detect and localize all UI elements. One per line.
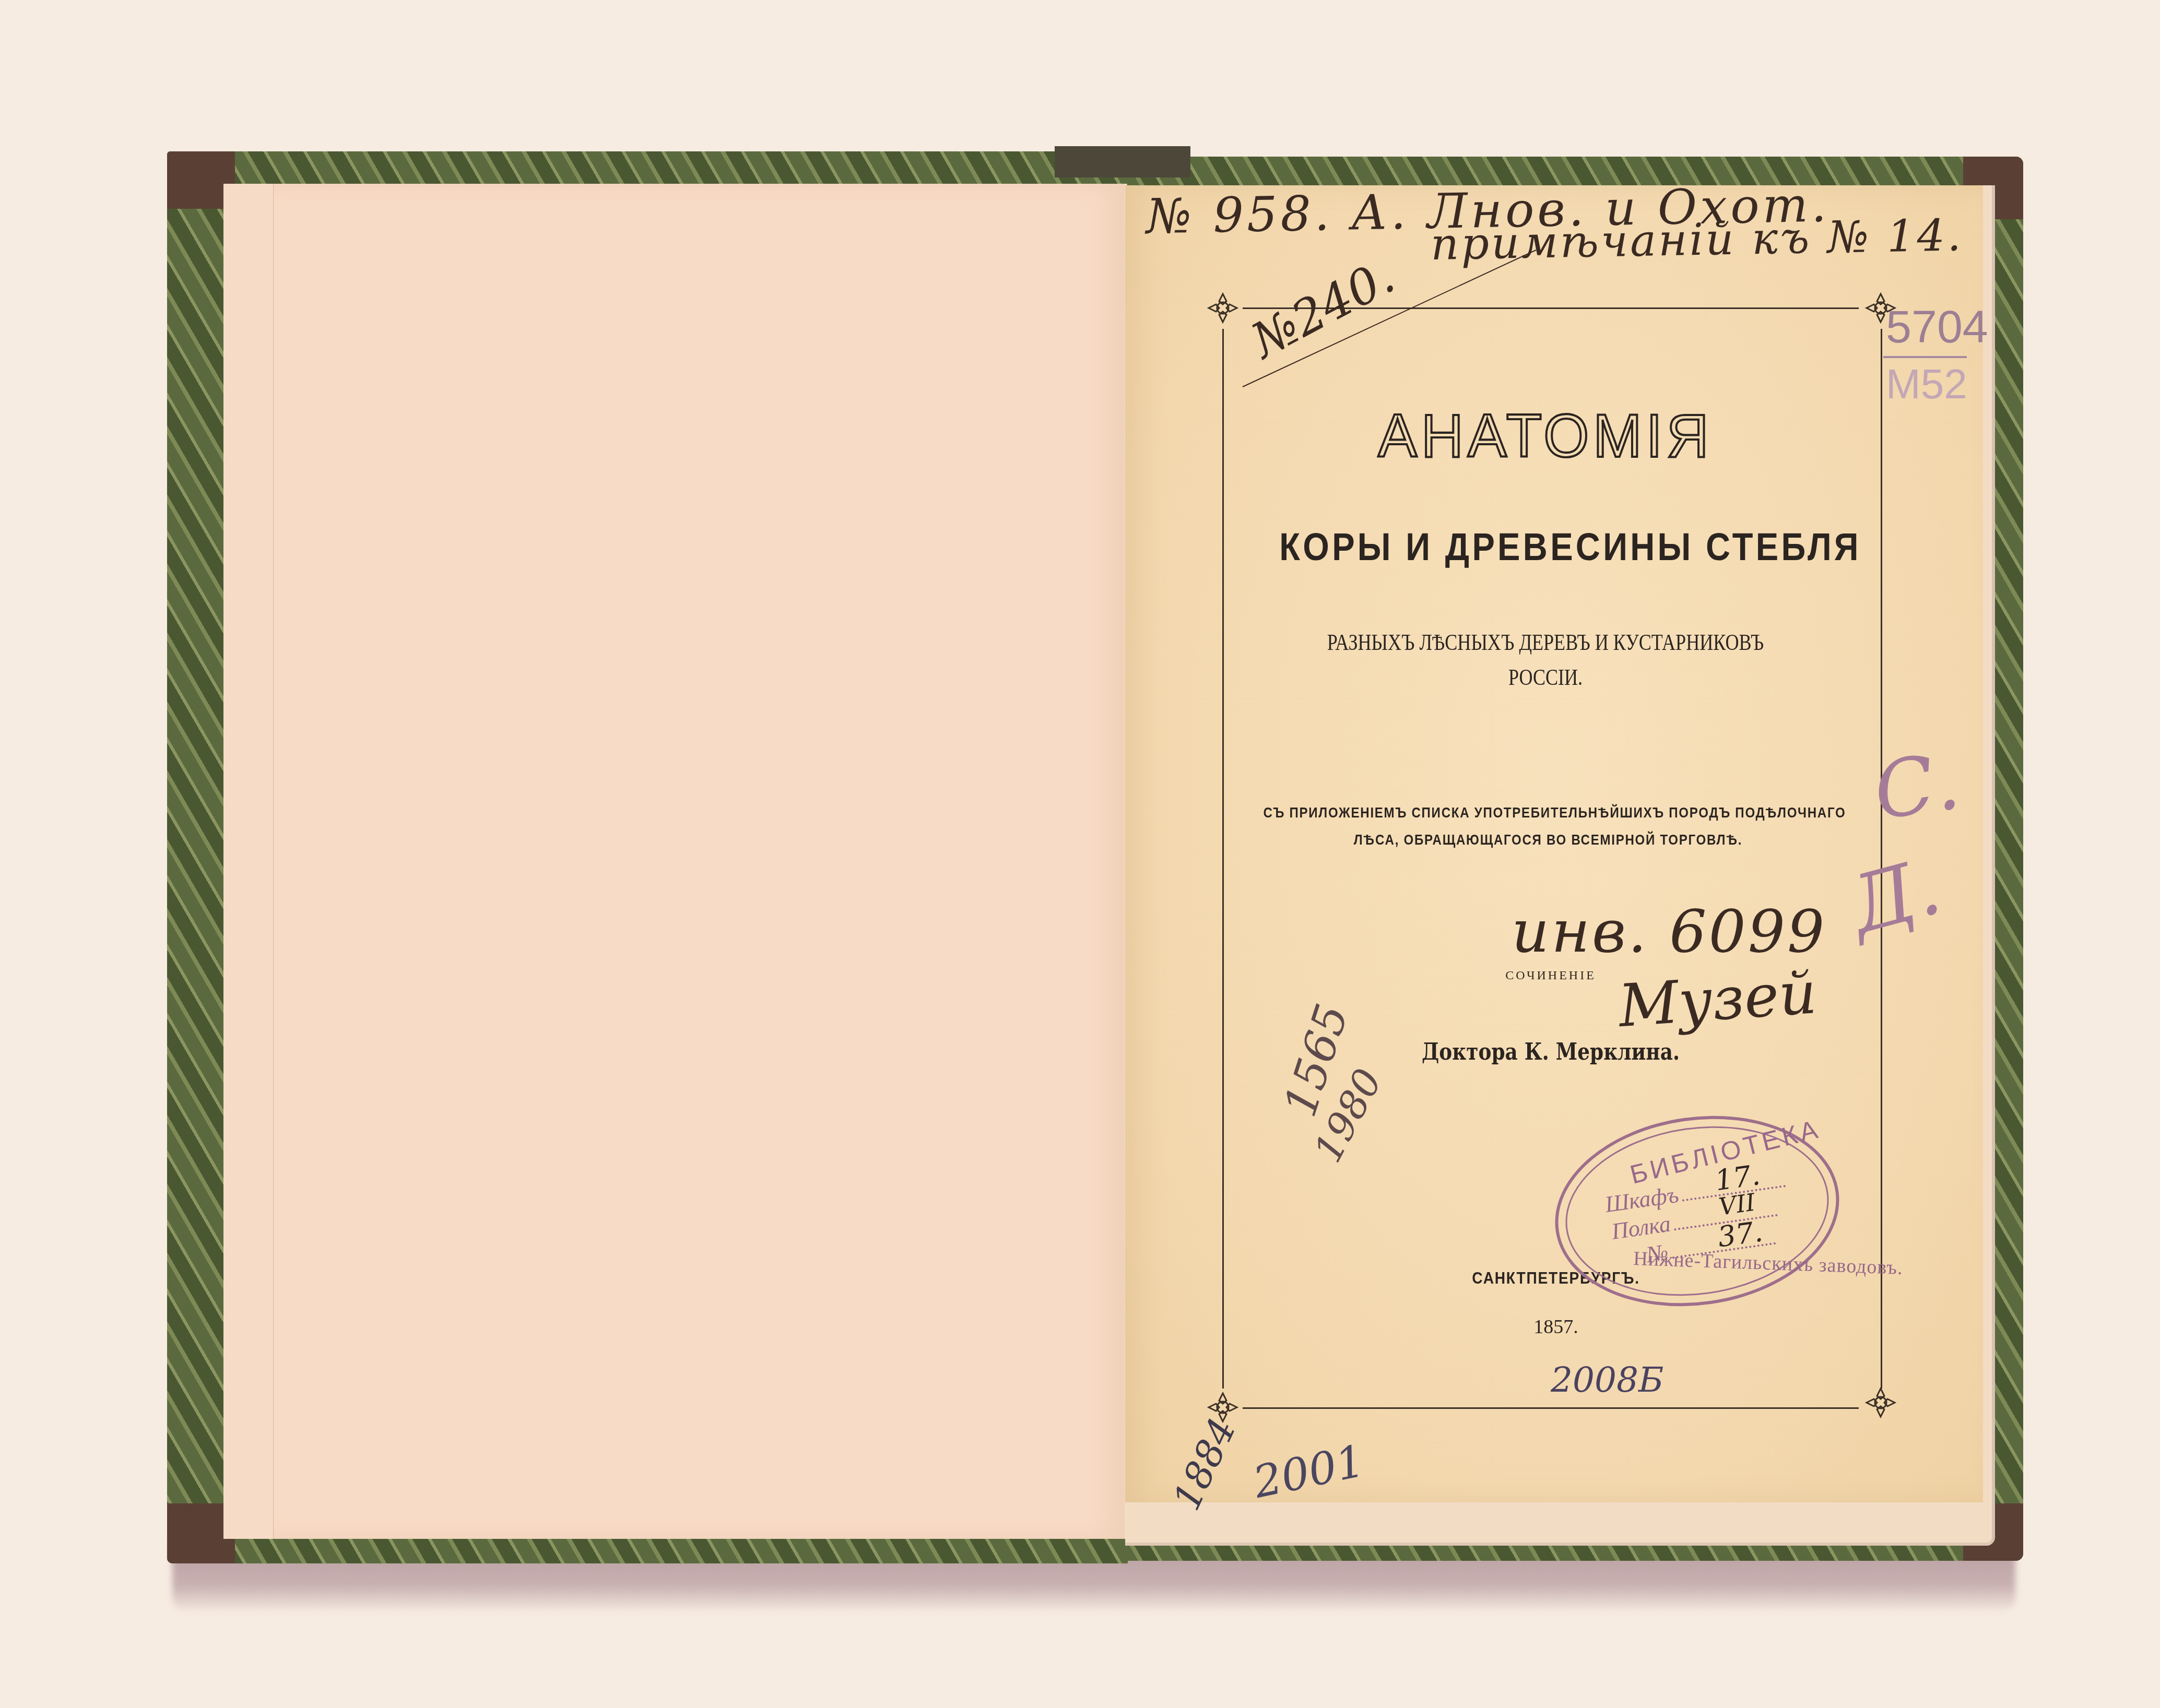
appendix-line-2: ЛѢСА, ОБРАЩАЮЩАГОСЯ ВО ВСЕМІРНОЙ ТОРГОВЛ… xyxy=(1321,832,1775,848)
subtitle-line-2: РАЗНЫХЪ ЛѢСНЫХЪ ДЕРЕВЪ И КУСТАРНИКОВЪ xyxy=(1306,629,1785,656)
frame-bottom-rule xyxy=(1243,1407,1859,1409)
museum-note: Музей xyxy=(1616,959,1819,1040)
corner-ornament-icon xyxy=(1862,1384,1899,1421)
call-number-top: 5704 xyxy=(1886,300,1988,353)
call-number-bottom: M52 xyxy=(1886,360,1967,408)
spine-head xyxy=(1055,146,1190,177)
book-title: АНАТОМІЯ xyxy=(1358,400,1733,471)
inventory-number: инв. 6099 xyxy=(1512,898,1826,966)
appendix-line-1: СЪ ПРИЛОЖЕНІЕМЪ СПИСКА УПОТРЕБИТЕЛЬНѢЙШИ… xyxy=(1264,804,1838,821)
call-number-rule xyxy=(1883,356,1967,358)
frame-left-rule xyxy=(1222,329,1224,1389)
work-label: СОЧИНЕНІЕ xyxy=(1472,969,1629,983)
imprint-year: 1857. xyxy=(1498,1315,1613,1338)
ink-number-2008: 2008Б xyxy=(1551,1360,1663,1400)
book-subtitle: КОРЫ И ДРЕВЕСИНЫ СТЕБЛЯ xyxy=(1279,525,1817,569)
purple-initial-s: С. xyxy=(1869,736,1965,838)
author: Доктора К. Мерклина. xyxy=(1418,1039,1684,1065)
blank-left-page xyxy=(273,184,1125,1539)
subtitle-line-3: РОССІИ. xyxy=(1460,664,1631,691)
corner-ornament-icon xyxy=(1205,290,1241,326)
stamp-number-value: 37. xyxy=(1716,1215,1765,1253)
